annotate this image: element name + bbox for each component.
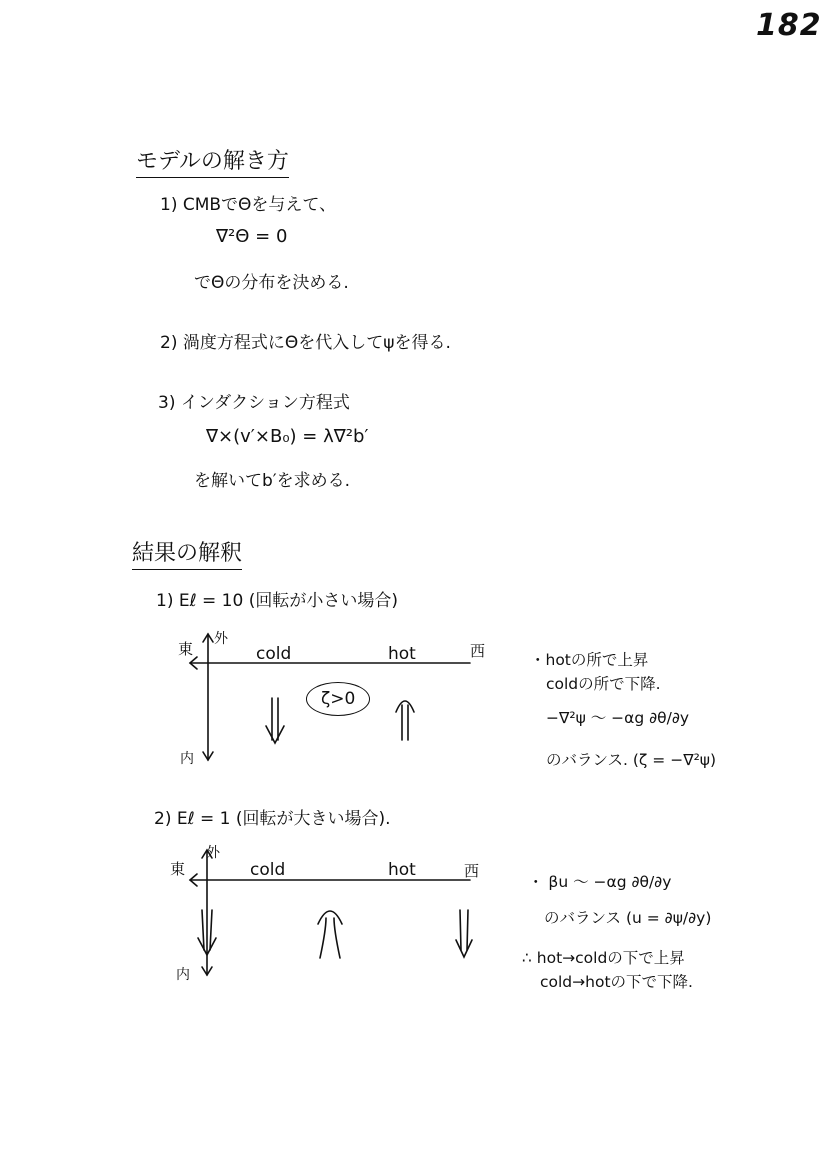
east-label-1: 東 (178, 638, 193, 659)
cold-label-1: cold (256, 644, 291, 664)
case-2-note-3: ∴ hot→coldの下で上昇 (522, 946, 685, 968)
outer-label-2: 外 (206, 842, 220, 862)
inner-label-2: 内 (176, 964, 190, 984)
case-2-note-4: cold→hotの下で下降. (540, 970, 693, 992)
case-1-note-4: のバランス. (ζ = −∇²ψ) (546, 748, 716, 770)
case-1-note-3: −∇²ψ ～ −αg ∂θ/∂y (546, 706, 689, 728)
case-2-note-2: のバランス (u = ∂ψ/∂y) (544, 906, 711, 928)
case-1-note-1: ・hotの所で上昇 (530, 648, 648, 670)
diagrams-svg (0, 0, 828, 1167)
case-2-title: 2) Eℓ = 1 (回転が大きい場合). (154, 804, 391, 829)
inner-label-1: 内 (180, 748, 194, 768)
vorticity-bubble: ζ>0 (306, 682, 370, 716)
west-label-2: 西 (464, 860, 479, 881)
outer-label-1: 外 (214, 628, 228, 648)
case-2-note-1: ・ βu ～ −αg ∂θ/∂y (528, 870, 671, 892)
hot-label-2: hot (388, 860, 416, 880)
cold-label-2: cold (250, 860, 285, 880)
hot-label-1: hot (388, 644, 416, 664)
east-label-2: 東 (170, 858, 185, 879)
west-label-1: 西 (470, 640, 485, 661)
case-1-note-2: coldの所で下降. (546, 672, 661, 694)
